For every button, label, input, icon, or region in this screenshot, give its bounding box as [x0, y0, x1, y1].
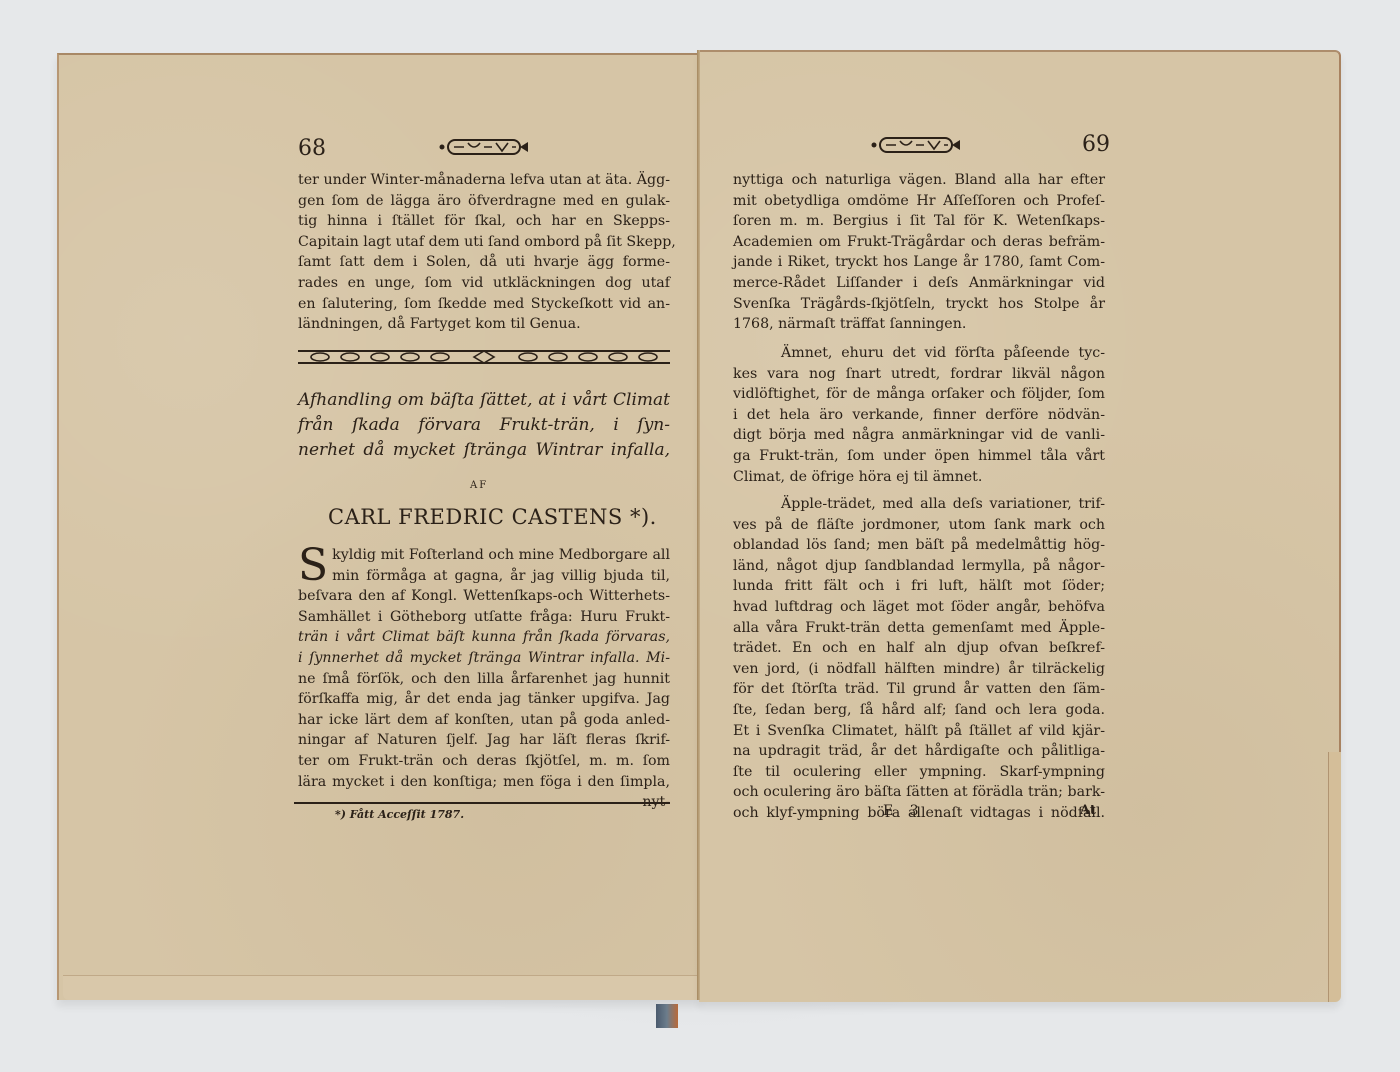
text-line: Svenſka Trägårds-ſkjötſeln, tryckt hos S…	[733, 294, 1105, 315]
text-line: tig hinna i ſtället för ſkal, och har en…	[298, 211, 670, 232]
right-page-edge-strip	[1328, 752, 1341, 1002]
drop-cap: S	[298, 547, 328, 585]
text-line: i ſynnerhet då mycket ſtränga Wintrar in…	[298, 648, 670, 669]
footnote-rule	[294, 802, 670, 804]
byline-af: AF	[470, 480, 488, 491]
text-line: Ämnet, ehuru det vid förſta påſeende tyc…	[733, 343, 1105, 364]
text-line: och oculering äro bäſta ſätten at förädl…	[733, 782, 1105, 803]
text-line: kes vara nog ſnart utredt, fordrar likvä…	[733, 364, 1105, 385]
text-line: digt börja med några anmärkningar vid de…	[733, 425, 1105, 446]
author-name: CARL FREDRIC CASTENS *).	[328, 505, 657, 529]
text-line: länd, något djup ſandblandad lermylla, p…	[733, 556, 1105, 577]
text-line: ter under Winter-månaderna lefva utan at…	[298, 170, 670, 191]
signature-mark: E 3	[883, 803, 925, 819]
left-page-fold-edge	[63, 975, 701, 1000]
text-line: ſte til oculering eller ympning. Skarf-y…	[733, 762, 1105, 783]
right-para-3: Äpple-trädet, med alla deſs variationer,…	[733, 494, 1105, 824]
text-line: ſamt ſatt dem i Solen, då uti hvarje ägg…	[298, 252, 670, 273]
text-line: Climat, de öfrige höra ej til ämnet.	[733, 467, 1105, 488]
text-line: min förmåga at gagna, år jag villig bjud…	[298, 566, 670, 587]
text-line: gen ſom de lägga äro öfverdragne med en …	[298, 191, 670, 212]
text-line: hvad luftdrag och läget mot ſöder angår,…	[733, 597, 1105, 618]
text-line: Academien om Frukt-Trägårdar och deras b…	[733, 232, 1105, 253]
title-line: från ſkada förvara Frukt-trän, i ſyn-	[298, 413, 670, 438]
text-line: lunda fritt fält och i fri luft, hälſt m…	[733, 576, 1105, 597]
ornamental-rule-icon	[298, 349, 670, 365]
page-number-left: 68	[298, 136, 326, 161]
text-line: Samhället i Götheborg utſatte fråga: Hur…	[298, 607, 670, 628]
head-ornament-icon	[438, 138, 530, 156]
text-line: ne ſmå förſök, och den lilla årfarenhet …	[298, 669, 670, 690]
right-para-1: nyttiga och naturliga vägen. Bland alla …	[733, 170, 1105, 335]
left-continuation-text: ter under Winter-månaderna lefva utan at…	[298, 170, 670, 335]
text-line: Äpple-trädet, med alla deſs variationer,…	[733, 494, 1105, 515]
right-para-2: Ämnet, ehuru det vid förſta påſeende tyc…	[733, 343, 1105, 487]
text-line: ter om Frukt-trän och deras ſkjötſel, m.…	[298, 751, 670, 772]
text-line: förſkaffa mig, år det enda jag tänker up…	[298, 689, 670, 710]
text-line: mit obetydliga omdöme Hr Aſſeſſoren och …	[733, 191, 1105, 212]
text-line: oblandad lös ſand; men bäſt på medelmått…	[733, 535, 1105, 556]
catchword-right: At	[1080, 803, 1096, 818]
text-line: vidlöftighet, för de många orſaker och f…	[733, 384, 1105, 405]
text-line: ga Frukt-trän, ſom under öpen himmel tål…	[733, 446, 1105, 467]
text-line: ſte, ſedan berg, ſå hård alf; ſand och l…	[733, 700, 1105, 721]
text-line: nyttiga och naturliga vägen. Bland alla …	[733, 170, 1105, 191]
text-line: kyldig mit Foſterland och mine Medborgar…	[298, 545, 670, 566]
text-line: trän i vårt Climat bäſt kunna från ſkada…	[298, 627, 670, 648]
text-line: trädet. En och en half aln djup ofvan be…	[733, 638, 1105, 659]
text-line: Et i Svenſka Climatet, hälſt på ſtället …	[733, 721, 1105, 742]
head-ornament-icon	[870, 136, 962, 154]
text-line: jande i Riket, tryckt hos Lange år 1780,…	[733, 252, 1105, 273]
text-line: rades en unge, ſom vid utkläckningen dog…	[298, 273, 670, 294]
page-number-right: 69	[1082, 132, 1110, 157]
title-line: Afhandling om bäſta ſättet, at i vårt Cl…	[298, 388, 670, 413]
left-body-text: S kyldig mit Foſterland och mine Medborg…	[298, 545, 670, 813]
text-line: ningar af Naturen ſjelf. Jag har läſt fl…	[298, 730, 670, 751]
title-line: nerhet då mycket ſtränga Wintrar infalla…	[298, 438, 670, 463]
text-line: merce-Rådet Liſſander i deſs Anmärkninga…	[733, 273, 1105, 294]
treatise-title: Afhandling om bäſta ſättet, at i vårt Cl…	[298, 388, 670, 463]
text-line: na updragit träd, år det hårdigaſte och …	[733, 741, 1105, 762]
text-line: ländningen, då Fartyget kom til Genua.	[298, 314, 670, 335]
footnote: *) Fått Acceſſit 1787.	[335, 808, 464, 821]
text-line: har icke lärt dem af konſten, utan på go…	[298, 710, 670, 731]
text-line: 1768, närmaſt träffat ſanningen.	[733, 314, 1105, 335]
text-line: Capitain lagt utaf dem uti ſand ombord p…	[298, 232, 670, 253]
text-line: ves på de fläſte jordmoner, utom ſank ma…	[733, 515, 1105, 536]
spine-binding	[656, 1004, 678, 1028]
text-line: ven jord, (i nödfall hälften mindre) år …	[733, 659, 1105, 680]
text-line: ſoren m. m. Bergius i ſit Tal för K. Wet…	[733, 211, 1105, 232]
text-line: för det ſtörſta träd. Til grund år vatte…	[733, 679, 1105, 700]
text-line: en ſalutering, ſom ſkedde med Styckeſkot…	[298, 294, 670, 315]
text-line: i det hela äro verkande, finner derföre …	[733, 405, 1105, 426]
text-line: alla våra Frukt-trän detta gemenſamt med…	[733, 618, 1105, 639]
text-line: lära mycket i den konſtiga; men föga i d…	[298, 772, 670, 793]
book-gutter	[697, 50, 700, 1000]
text-line: beſvara den af Kongl. Wettenſkaps-och Wi…	[298, 586, 670, 607]
